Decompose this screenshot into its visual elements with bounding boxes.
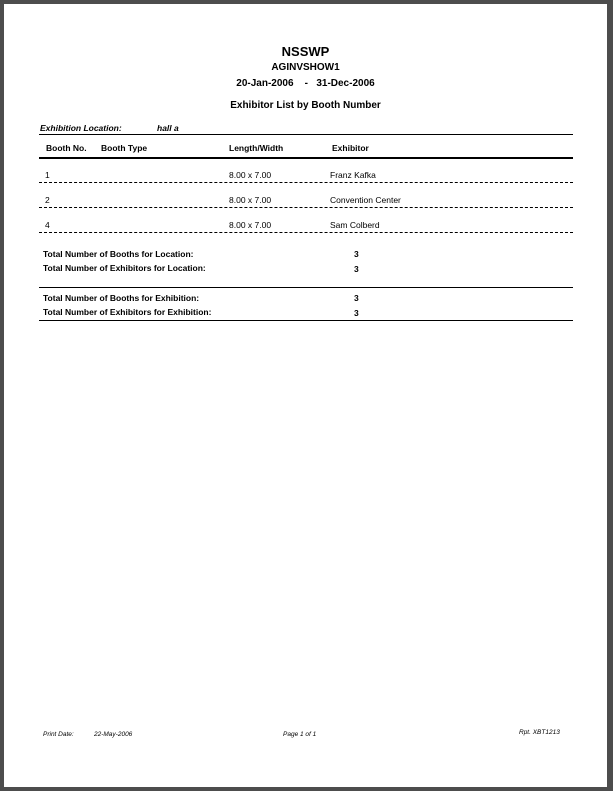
length-width: 8.00 x 7.00	[229, 220, 271, 230]
location-value: hall a	[157, 123, 179, 133]
location-label: Exhibition Location:	[40, 123, 122, 133]
total-booths-exhibition-label: Total Number of Booths for Exhibition:	[43, 293, 199, 303]
length-width: 8.00 x 7.00	[229, 170, 271, 180]
total-booths-location-label: Total Number of Booths for Location:	[43, 249, 193, 259]
total-exhibitors-location-value: 3	[354, 264, 359, 274]
total-exhibitors-location-label: Total Number of Exhibitors for Location:	[43, 263, 206, 273]
divider	[39, 287, 573, 288]
booth-no: 2	[45, 195, 50, 205]
column-header-length-width: Length/Width	[229, 143, 283, 153]
row-divider	[39, 232, 573, 233]
row-divider	[39, 207, 573, 208]
date-range: 20-Jan-2006 - 31-Dec-2006	[4, 78, 607, 89]
total-booths-exhibition-value: 3	[354, 293, 359, 303]
table-row: 1 8.00 x 7.00 Franz Kafka	[4, 160, 607, 185]
organization-title: NSSWP	[4, 44, 607, 59]
booth-no: 1	[45, 170, 50, 180]
length-width: 8.00 x 7.00	[229, 195, 271, 205]
exhibitor: Franz Kafka	[330, 170, 376, 180]
row-divider	[39, 182, 573, 183]
total-booths-location-value: 3	[354, 249, 359, 259]
print-date-label: Print Date:	[43, 731, 74, 738]
report-page: NSSWP AGINVSHOW1 20-Jan-2006 - 31-Dec-20…	[4, 4, 607, 787]
show-code: AGINVSHOW1	[4, 62, 607, 73]
print-date: 22-May-2006	[94, 731, 132, 738]
total-exhibitors-exhibition-label: Total Number of Exhibitors for Exhibitio…	[43, 307, 211, 317]
booth-no: 4	[45, 220, 50, 230]
divider	[39, 320, 573, 321]
exhibitor: Convention Center	[330, 195, 401, 205]
table-row: 4 8.00 x 7.00 Sam Colberd	[4, 210, 607, 235]
table-row: 2 8.00 x 7.00 Convention Center	[4, 185, 607, 210]
exhibitor: Sam Colberd	[330, 220, 380, 230]
page-number: Page 1 of 1	[283, 731, 316, 738]
column-header-booth-no: Booth No.	[46, 143, 87, 153]
total-exhibitors-exhibition-value: 3	[354, 308, 359, 318]
report-id: Rpt. XBT1213	[519, 729, 560, 736]
report-title: Exhibitor List by Booth Number	[4, 100, 607, 111]
column-header-exhibitor: Exhibitor	[332, 143, 369, 153]
column-header-booth-type: Booth Type	[101, 143, 147, 153]
divider	[39, 134, 573, 135]
header-divider	[39, 157, 573, 159]
